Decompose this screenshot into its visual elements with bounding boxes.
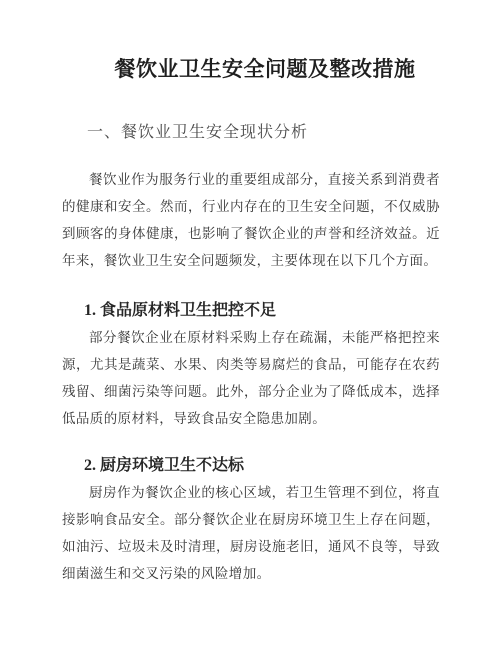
document-title: 餐饮业卫生安全问题及整改措施 (62, 55, 440, 85)
paragraph-overview: 餐饮业作为服务行业的重要组成部分，直接关系到消费者的健康和安全。然而，行业内存在… (62, 166, 440, 274)
section-heading-raw-materials: 1. 食品原材料卫生把控不足 (62, 297, 440, 324)
document-page: 餐饮业卫生安全问题及整改措施 一、餐饮业卫生安全现状分析 餐饮业作为服务行业的重… (0, 0, 500, 647)
section-heading-overview: 一、餐饮业卫生安全现状分析 (62, 119, 440, 146)
paragraph-kitchen-environment: 厨房作为餐饮企业的核心区域，若卫生管理不到位，将直接影响食品安全。部分餐饮企业在… (62, 479, 440, 587)
paragraph-raw-materials: 部分餐饮企业在原材料采购上存在疏漏，未能严格把控来源，尤其是蔬菜、水果、肉类等易… (62, 324, 440, 432)
section-heading-kitchen-environment: 2. 厨房环境卫生不达标 (62, 452, 440, 479)
